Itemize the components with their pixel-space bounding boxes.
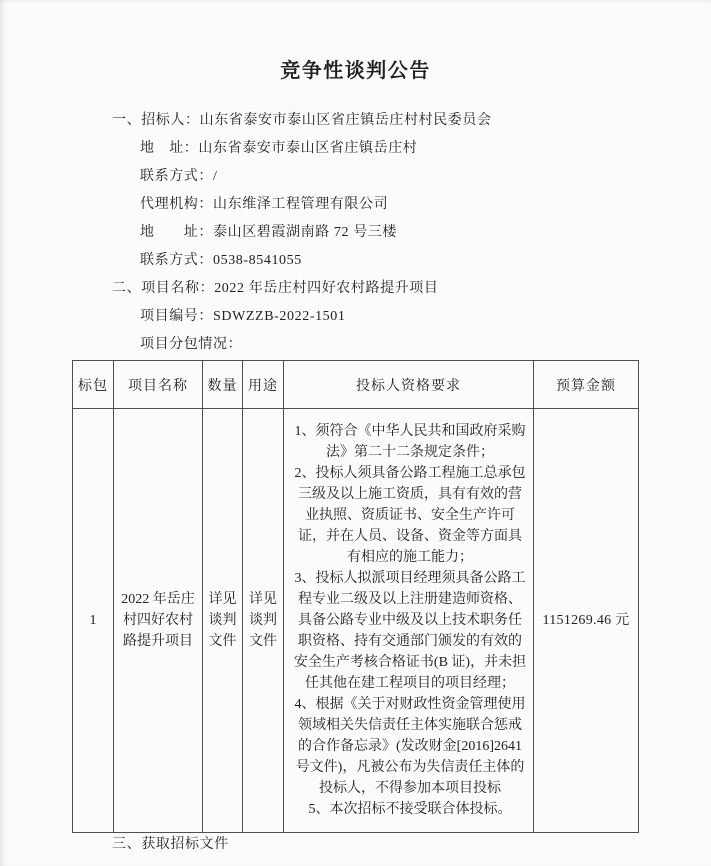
header-project-name: 项目名称 [114,361,203,409]
cell-purpose: 详见谈判文件 [243,409,284,833]
qualification-item: 3、投标人拟派项目经理须具备公路工程专业二级及以上注册建造师资格、具备公路专业中… [293,568,527,694]
page-title: 竞争性谈判公告 [0,54,711,83]
qualification-item: 4、根据《关于对财政性资金管理使用领域相关失信责任主体实施联合惩戒的合作备忘录》… [293,694,527,799]
table-row: 1 2022 年岳庄村四好农村路提升项目 详见谈判文件 详见谈判文件 1、须符合… [73,409,639,833]
section-two-heading: 二、项目名称：2022 年岳庄村四好农村路提升项目 [112,275,672,303]
header-purpose: 用途 [243,361,284,409]
agency-address-line: 地 址：泰山区碧霞湖南路 72 号三楼 [140,219,672,247]
section-one-heading: 一、招标人：山东省泰安市泰山区省庄镇岳庄村村民委员会 [112,107,672,135]
subpackage-label-line: 项目分包情况： [140,331,672,359]
package-info-table: 标包 项目名称 数量 用途 投标人资格要求 预算金额 1 2022 年岳庄村四好… [72,360,639,833]
table-header-row: 标包 项目名称 数量 用途 投标人资格要求 预算金额 [73,361,639,409]
section-three-heading: 三、获取招标文件 [112,831,229,859]
cell-budget: 1151269.46 元 [534,409,639,833]
qualification-item: 1、须符合《中华人民共和国政府采购法》第二十二条规定条件； [293,421,527,463]
bidder-address-line: 地 址：山东省泰安市泰山区省庄镇岳庄村 [140,135,672,163]
qualification-item: 5、本次招标不接受联合体投标。 [293,799,527,820]
cell-project-name: 2022 年岳庄村四好农村路提升项目 [114,409,203,833]
cell-quantity: 详见谈判文件 [203,409,243,833]
agency-contact-line: 联系方式：0538-8541055 [140,247,672,275]
header-quantity: 数量 [203,361,243,409]
qualification-item: 2、投标人须具备公路工程施工总承包三级及以上施工资质，具有有效的营业执照、资质证… [293,463,527,568]
announcement-document-page: 竞争性谈判公告 一、招标人：山东省泰安市泰山区省庄镇岳庄村村民委员会 地 址：山… [0,0,711,866]
cell-qualification-requirements: 1、须符合《中华人民共和国政府采购法》第二十二条规定条件； 2、投标人须具备公路… [284,409,534,833]
bidder-contact-line: 联系方式：/ [140,163,672,191]
header-budget: 预算金额 [534,361,639,409]
header-qualifications: 投标人资格要求 [284,361,534,409]
document-body: 一、招标人：山东省泰安市泰山区省庄镇岳庄村村民委员会 地 址：山东省泰安市泰山区… [112,107,672,359]
project-number-line: 项目编号：SDWZZB-2022-1501 [140,303,672,331]
agency-name-line: 代理机构：山东维泽工程管理有限公司 [140,191,672,219]
header-package: 标包 [73,361,114,409]
cell-package-no: 1 [73,409,114,833]
